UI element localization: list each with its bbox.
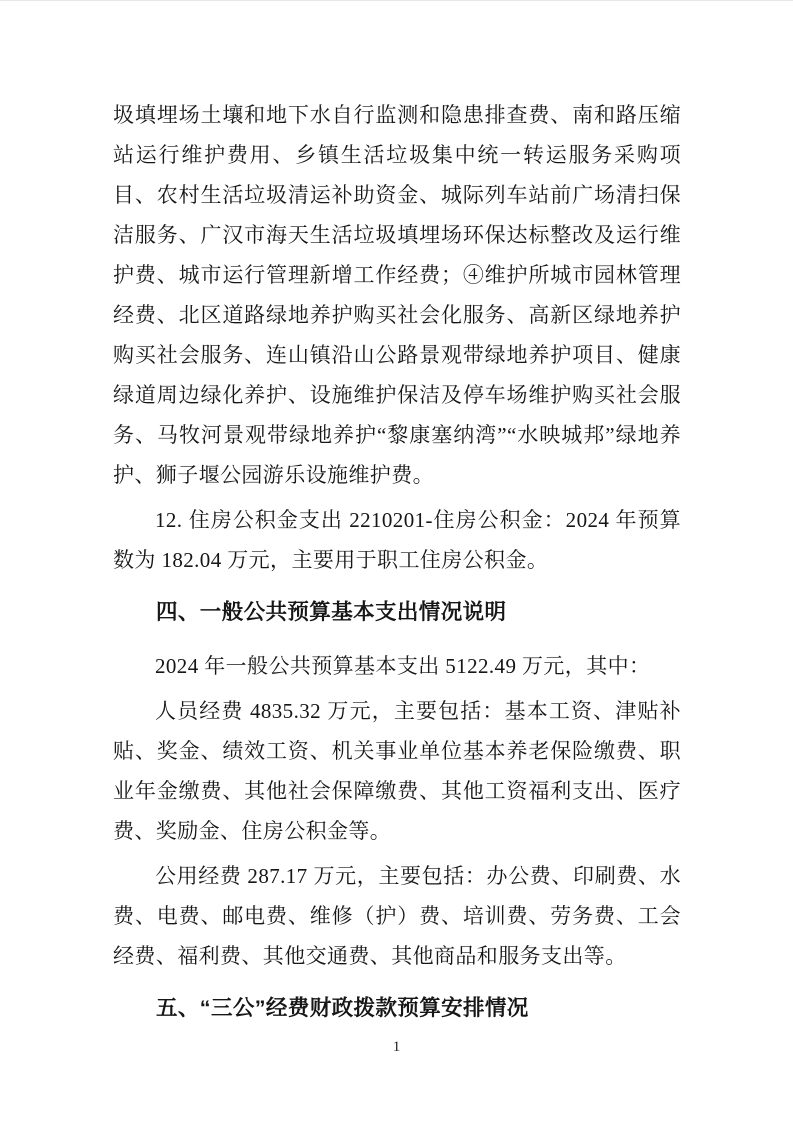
section-heading-4-basic-expenditure: 四、一般公共预算基本支出情况说明 [113, 592, 681, 632]
paragraph-public-funds: 公用经费 287.17 万元，主要包括：办公费、印刷费、水费、电费、邮电费、维修… [113, 856, 681, 976]
paragraph-continuation-waste-landscaping-fees: 圾填埋场土壤和地下水自行监测和隐患排查费、南和路压缩站运行维护费用、乡镇生活垃圾… [113, 95, 681, 495]
page-number: 1 [0, 1037, 793, 1057]
section-heading-5-three-public-funds: 五、“三公”经费财政拨款预算安排情况 [113, 988, 681, 1028]
paragraph-basic-expenditure-total: 2024 年一般公共预算基本支出 5122.49 万元，其中： [113, 646, 681, 686]
paragraph-item-12-housing-fund: 12. 住房公积金支出 2210201-住房公积金：2024 年预算数为 182… [113, 500, 681, 580]
document-page: 圾填埋场土壤和地下水自行监测和隐患排查费、南和路压缩站运行维护费用、乡镇生活垃圾… [0, 0, 793, 1122]
paragraph-personnel-funds: 人员经费 4835.32 万元，主要包括：基本工资、津贴补贴、奖金、绩效工资、机… [113, 691, 681, 851]
